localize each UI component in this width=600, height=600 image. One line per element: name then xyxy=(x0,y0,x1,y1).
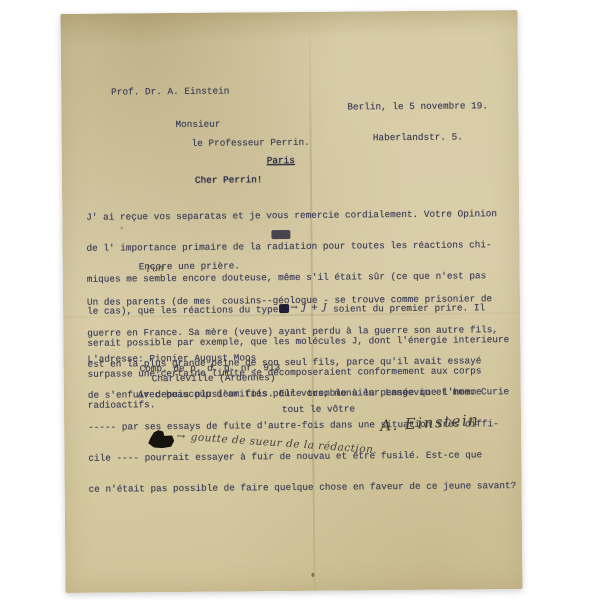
body-line: J' ai reçue vos separatas et je vous rem… xyxy=(86,209,508,223)
date-block: Berlin, le 5 novembre 19. Haberlandstr. … xyxy=(347,80,488,164)
body-line: cile ---- pourrait essayer à fuir de nou… xyxy=(88,450,516,464)
salutation: Cher Perrin! xyxy=(195,175,263,186)
body-line: Un des parents (de mes cousins--géologue… xyxy=(87,294,515,308)
handwritten-insertion: l'un xyxy=(146,264,164,275)
body-line: guerre en France. Sa mère (veuve) ayant … xyxy=(87,325,515,339)
recipient-city: Paris xyxy=(261,155,301,166)
recipient-name: le Professeur Perrin. xyxy=(192,138,310,149)
date-line: Berlin, le 5 novembre 19. xyxy=(347,101,488,113)
address-line-3: Charleville (Ardennes) xyxy=(152,373,276,384)
body-line: ce n'était pas possible de faire quelque… xyxy=(89,481,517,495)
sender-name: Prof. Dr. A. Einstein xyxy=(111,87,229,98)
valediction: tout le vôtre xyxy=(282,404,355,415)
recipient-title: Monsieur xyxy=(175,120,220,131)
paper-speck xyxy=(311,573,314,577)
paper-speck xyxy=(120,226,123,229)
body-line: de l' importance primaire de la radiatio… xyxy=(86,240,508,254)
letter-paper: Prof. Dr. A. Einstein Berlin, le 5 novem… xyxy=(60,10,522,593)
paper-speck xyxy=(361,107,363,109)
street-line: Haberlandstr. 5. xyxy=(348,132,489,144)
ink-overstrike-smear xyxy=(271,230,290,239)
arrow-mark: → xyxy=(176,430,186,443)
